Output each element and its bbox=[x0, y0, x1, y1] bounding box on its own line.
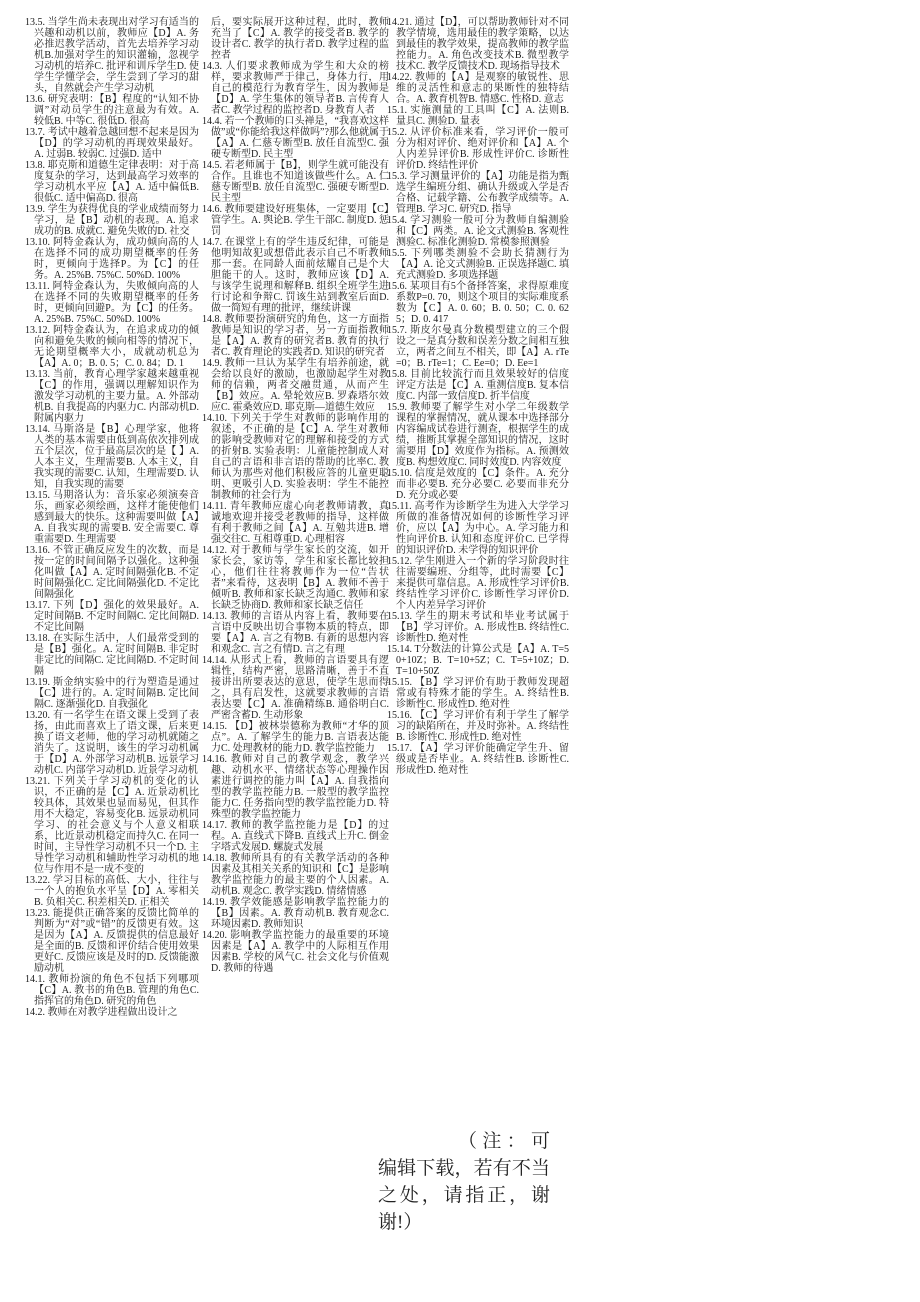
question-paragraph: 15.14. T分数法的计算公式是【A】A. T=50+10Z；B. T=10+… bbox=[387, 644, 569, 677]
question-paragraph: 14.16. 教师对自己的教学观念，教学兴趣、动机水平、情绪状态等心理操作因素进… bbox=[202, 754, 389, 820]
question-paragraph: 15.3. 学习测量评价的【A】功能是指为甄选学生编班分组、确认升级或入学是否合… bbox=[387, 171, 569, 215]
question-paragraph: 15.8. 目前比较流行而且效果较好的信度评定方法是【C】A. 重测信度B. 复… bbox=[387, 369, 569, 402]
question-paragraph: 15.4. 学习测验一般可分为教师自编测验和【C】两类。A. 论文式测验B. 客… bbox=[387, 215, 569, 248]
question-paragraph: 13.14. 马斯洛是【B】心理学家，他将人类的基本需要由低到高依次排列成五个层… bbox=[25, 424, 199, 490]
question-paragraph: 13.21. 下列关于学习动机的变化的认识，不正确的是【C】A. 近景动机比较具… bbox=[25, 776, 199, 875]
question-paragraph: 14.15. 【D】被林崇德称为教师“才华的顶点”。A. 了解学生的能力B. 言… bbox=[202, 721, 389, 754]
question-paragraph: 14.12. 对于教师与学生家长的交流，如开家长会，家访等，学生和家长都比较担心… bbox=[202, 545, 389, 611]
question-paragraph: 14.5. 若老师属于【B】，则学生就可能没有合作。且谁也不知道该做些什么。A.… bbox=[202, 160, 389, 204]
question-paragraph: 后，要实际展开这种过程，此时，教师充当了【C】A. 教学的接受者B. 教学的设计… bbox=[202, 17, 389, 61]
question-paragraph: 13.13. 当前，教育心理学家越来越重视【C】的作用，强调以理解知识作为激发学… bbox=[25, 369, 199, 424]
question-paragraph: 13.10. 阿特金森认为，成功倾向高的人在选择不同的成功期望概率的任务时，更倾… bbox=[25, 237, 199, 281]
question-paragraph: 14.9. 教师一旦认为某学生有培养前途，就会给以良好的激励，也激励起学生对教师… bbox=[202, 358, 389, 413]
question-paragraph: 14.11. 青年教师应虚心向老教师请教，真诚地欢迎并接受老教师的指导，这样做有… bbox=[202, 501, 389, 545]
question-paragraph: 13.7. 考试中越着急越回想不起来是因为【D】的学习动机的再现效果最好。A. … bbox=[25, 127, 199, 160]
question-paragraph: 15.7. 斯皮尔曼真分数模型建立的三个假设之一是真分数和误差分数之间相互独立，… bbox=[387, 325, 569, 369]
question-paragraph: 14.2. 教师在对教学进程做出设计之 bbox=[25, 1007, 199, 1018]
question-paragraph: 14.19. 教学效能感是影响教学监控能力的【B】因素。A. 教育动机B. 教育… bbox=[202, 897, 389, 930]
question-paragraph: 15.17. 【A】学习评价能确定学生升、留级或是否毕业。A. 终结性B. 诊断… bbox=[387, 743, 569, 776]
text-column-3: 14.21. 通过【D】，可以帮助教师针对不同教学情境，选用最佳的教学策略，以达… bbox=[387, 17, 569, 776]
question-paragraph: 14.1. 教师扮演的角色不包括下列哪项【C】A. 教书的角色B. 管理的角色C… bbox=[25, 974, 199, 1007]
question-paragraph: 15.16. 【C】学习评价有利于学生了解学习的缺陷所在，并及时弥补。A. 终结… bbox=[387, 710, 569, 743]
question-paragraph: 13.9. 学生为获得优良的学业成绩而努力学习，是【B】动机的表现。A. 追求成… bbox=[25, 204, 199, 237]
question-paragraph: 15.1. 实施测量的工具叫【C】A. 法则B. 量具C. 测验D. 量表 bbox=[387, 105, 569, 127]
question-paragraph: 13.8. 耶克斯和道德生定律表明：对于高度复杂的学习，达到最高学习效率的学习动… bbox=[25, 160, 199, 204]
question-paragraph: 13.11. 阿特金森认为，失败倾向高的人在选择不同的失败期望概率的任务时，更倾… bbox=[25, 281, 199, 325]
question-paragraph: 13.20. 有一名学生在语文课上受到了表扬，由此而喜欢上了语文课，后来更换了语… bbox=[25, 710, 199, 776]
question-paragraph: 13.23. 能提供正确答案的反馈比简单的判断为“对”或“错”的反馈更有效。这是… bbox=[25, 908, 199, 974]
question-paragraph: 15.9. 教师要了解学生对小学二年级数学课程的掌握情况，就从课本中选择部分内容… bbox=[387, 402, 569, 468]
question-paragraph: 13.15. 马期洛认为：音乐家必须演奏音乐，画家必须绘画，这样才能使他们感到最… bbox=[25, 490, 199, 545]
question-paragraph: 13.12. 阿特金森认为，在追求成功的倾向和避免失败的倾向相等的情况下，无论期… bbox=[25, 325, 199, 369]
question-paragraph: 14.10. 下列关于学生对教师的影响作用的叙述，不正确的是【C】A. 学生对教… bbox=[202, 413, 389, 501]
question-paragraph: 15.2. 从评价标准来看，学习评价一般可分为相对评价、绝对评价和【A】A. 个… bbox=[387, 127, 569, 171]
question-paragraph: 13.5. 当学生尚未表现出对学习有适当的兴趣和动机以前，教师应【D】A. 务必… bbox=[25, 17, 199, 94]
question-paragraph: 15.13. 学生的期末考试和毕业考试属于【B】学习评价。A. 形成性B. 终结… bbox=[387, 611, 569, 644]
question-paragraph: 14.6. 教师要建设好班集体，一定要用【C】管学生。A. 舆论B. 学生干部C… bbox=[202, 204, 389, 237]
question-paragraph: 15.15. 【B】学习评价有助于教师发现超常或有特殊才能的学生。A. 终结性B… bbox=[387, 677, 569, 710]
question-paragraph: 15.12. 学生刚进入一个新的学习阶段时往往需要编班、分组等，此时需要【C】来… bbox=[387, 556, 569, 611]
question-paragraph: 15.10. 信度是效度的【C】条件。A. 充分而非必要B. 充分必要C. 必要… bbox=[387, 468, 569, 501]
question-paragraph: 14.22. 教师的【A】是观察的敏锐性、思维的灵活性和意志的果断性的独特结合。… bbox=[387, 72, 569, 105]
question-paragraph: 15.11. 高考作为诊断学生为进入大学学习所做的准备情况如何的诊断性学习评价，… bbox=[387, 501, 569, 556]
question-paragraph: 14.17. 教师的教学监控能力是【D】的过程。A. 直线式下降B. 直线式上升… bbox=[202, 820, 389, 853]
text-column-1: 13.5. 当学生尚未表现出对学习有适当的兴趣和动机以前，教师应【D】A. 务必… bbox=[25, 17, 199, 1018]
question-paragraph: 14.8. 教师要扮演研究的角色，这一方面指教师是知识的学习者，另一方面指教师是… bbox=[202, 314, 389, 358]
question-paragraph: 14.3. 人们要求教师成为学生和大众的榜样，要求教师严于律己，身体力行，用自己… bbox=[202, 61, 389, 116]
question-paragraph: 13.17. 下列【D】强化的效果最好。A. 定时间隔B. 不定时间隔C. 定比… bbox=[25, 600, 199, 633]
question-paragraph: 14.13. 教师的言语从内容上看，教师要在言语中反映出切合事物本质的特点，即要… bbox=[202, 611, 389, 655]
question-paragraph: 14.4. 若一个教师的口头禅是，“我喜欢这样做”或“你能给我这样做吗”?那么他… bbox=[202, 116, 389, 160]
question-paragraph: 14.14. 从形式上看，教师的言语要具有逻辑性，结构严密，思路清晰，善于不直接… bbox=[202, 655, 389, 721]
question-paragraph: 14.18. 教师所具有的有关教学活动的各种因素及其相关关系的知识和【C】是影响… bbox=[202, 853, 389, 897]
question-paragraph: 14.7. 在课堂上有的学生违反纪律，可能是他明知故犯或想借此表示自己不听教师那… bbox=[202, 237, 389, 314]
editable-download-note: （注：可编辑下载，若有不当之处，请指正，谢谢!） bbox=[378, 1128, 550, 1236]
question-paragraph: 15.6. 某项目有5个备择答案，求得原难度系数P=0. 70，则这个项目的实际… bbox=[387, 281, 569, 325]
question-paragraph: 14.20. 影响教学监控能力的最重要的环境因素是【A】A. 教学中的人际相互作… bbox=[202, 930, 389, 974]
text-column-2: 后，要实际展开这种过程，此时，教师充当了【C】A. 教学的接受者B. 教学的设计… bbox=[202, 17, 389, 974]
question-paragraph: 13.22. 学习目标的高低、大小，往往与一个人的抱负水平呈【D】A. 零相关B… bbox=[25, 875, 199, 908]
question-paragraph: 13.19. 斯金纳实验中的行为塑造是通过【C】进行的。A. 定时间隔B. 定比… bbox=[25, 677, 199, 710]
question-paragraph: 13.6. 研究表明：【B】程度的“认知不协调”对动员学生的注意最为有效。A. … bbox=[25, 94, 199, 127]
question-paragraph: 13.18. 在实际生活中，人们最常受到的是【B】强化。A. 定时间隔B. 非定… bbox=[25, 633, 199, 677]
question-paragraph: 13.16. 不管正确反应发生的次数，而是按一定的时间间隔予以强化。这种强化叫做… bbox=[25, 545, 199, 600]
question-paragraph: 15.5. 下列哪类测验不会助长猜测行为【A】A. 论文式测验B. 正误选择题C… bbox=[387, 248, 569, 281]
document-page: 13.5. 当学生尚未表现出对学习有适当的兴趣和动机以前，教师应【D】A. 务必… bbox=[0, 0, 920, 1302]
question-paragraph: 14.21. 通过【D】，可以帮助教师针对不同教学情境，选用最佳的教学策略，以达… bbox=[387, 17, 569, 72]
